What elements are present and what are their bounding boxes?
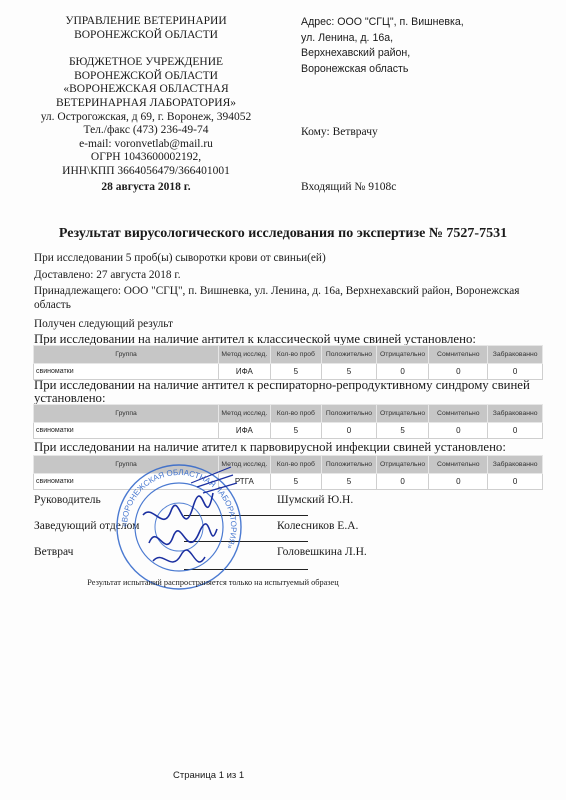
cell-doubtful: 0	[429, 423, 488, 439]
recipient-address: Адрес: ООО "СГЦ", п. Вишневка, ул. Ленин…	[301, 15, 464, 77]
org-line: ВОРОНЕЖСКОЙ ОБЛАСТИ	[26, 70, 266, 84]
intro-result: Получен следующий результ	[34, 318, 544, 332]
col-negative: Отрицательно	[376, 456, 429, 474]
col-positive: Положительно	[322, 405, 377, 423]
table-row: свиноматки РТГА 5 5 0 0 0	[34, 474, 543, 490]
address-line: Воронежская область	[301, 62, 464, 78]
intro-delivered: Доставлено: 27 августа 2018 г.	[34, 269, 544, 283]
col-positive: Положительно	[322, 346, 377, 364]
cell-doubtful: 0	[429, 474, 488, 490]
results-table: Группа Метод исслед. Кол-во проб Положит…	[33, 345, 543, 380]
address-line: Верхнехавский район,	[301, 46, 464, 62]
col-group: Группа	[34, 456, 219, 474]
recipient-to: Кому: Ветврачу	[301, 126, 378, 138]
cell-negative: 5	[376, 423, 429, 439]
results-table: Группа Метод исслед. Кол-во проб Положит…	[33, 455, 543, 490]
signature-line	[184, 515, 308, 516]
cell-rejected: 0	[488, 474, 543, 490]
table-header-row: Группа Метод исслед. Кол-во проб Положит…	[34, 405, 543, 423]
intro-owner: Принадлежащего: ООО "СГЦ", п. Вишневка, …	[34, 285, 544, 312]
col-doubtful: Сомнительно	[429, 405, 488, 423]
org-line: ВОРОНЕЖСКОЙ ОБЛАСТИ	[26, 29, 266, 43]
cell-positive: 0	[322, 423, 377, 439]
col-count: Кол-во проб	[270, 346, 322, 364]
signature-name: Головешкина Л.Н.	[277, 546, 367, 558]
col-negative: Отрицательно	[376, 346, 429, 364]
document-date: 28 августа 2018 г.	[26, 181, 266, 193]
col-doubtful: Сомнительно	[429, 456, 488, 474]
document-title: Результат вирусологического исследования…	[0, 226, 566, 242]
disclaimer: Результат испытаний распространяется тол…	[0, 578, 426, 587]
signature-name: Колесников Е.А.	[277, 520, 358, 532]
signature-role: Ветврач	[34, 546, 73, 558]
table-header-row: Группа Метод исслед. Кол-во проб Положит…	[34, 456, 543, 474]
lab-ogrn: ОГРН 1043600002192,	[26, 151, 266, 165]
results-table: Группа Метод исслед. Кол-во проб Положит…	[33, 404, 543, 439]
col-method: Метод исслед.	[219, 346, 271, 364]
table-row: свиноматки ИФА 5 0 5 0 0	[34, 423, 543, 439]
signature-line	[184, 541, 308, 542]
page-number: Страница 1 из 1	[173, 770, 244, 781]
org-line: «ВОРОНЕЖСКАЯ ОБЛАСТНАЯ	[26, 83, 266, 97]
cell-method: ИФА	[219, 423, 271, 439]
cell-positive: 5	[322, 474, 377, 490]
incoming-number: Входящий № 9108с	[301, 181, 396, 193]
col-rejected: Забракованно	[488, 405, 543, 423]
cell-count: 5	[270, 423, 322, 439]
org-line: БЮДЖЕТНОЕ УЧРЕЖДЕНИЕ	[26, 56, 266, 70]
col-method: Метод исслед.	[219, 405, 271, 423]
signature-line	[184, 569, 308, 570]
col-negative: Отрицательно	[376, 405, 429, 423]
lab-header: УПРАВЛЕНИЕ ВЕТЕРИНАРИИ ВОРОНЕЖСКОЙ ОБЛАС…	[26, 15, 266, 179]
col-rejected: Забракованно	[488, 346, 543, 364]
section-caption: При исследовании на наличие атител к пар…	[34, 441, 544, 454]
cell-negative: 0	[376, 474, 429, 490]
org-line: УПРАВЛЕНИЕ ВЕТЕРИНАРИИ	[26, 15, 266, 29]
col-group: Группа	[34, 405, 219, 423]
lab-email: e-mail: voronvetlab@mail.ru	[26, 138, 266, 152]
cell-rejected: 0	[488, 423, 543, 439]
lab-phone: Тел./факс (473) 236-49-74	[26, 124, 266, 138]
address-line: Адрес: ООО "СГЦ", п. Вишневка,	[301, 15, 464, 31]
col-method: Метод исслед.	[219, 456, 271, 474]
lab-street: ул. Острогожская, д 69, г. Воронеж, 3940…	[26, 111, 266, 125]
signature-name: Шумский Ю.Н.	[277, 494, 353, 506]
section-caption: При исследовании на наличие антител к ре…	[34, 379, 544, 405]
lab-inn: ИНН\КПП 3664056479/366401001	[26, 165, 266, 179]
cell-group: свиноматки	[34, 423, 219, 439]
org-line: ВЕТЕРИНАРНАЯ ЛАБОРАТОРИЯ»	[26, 97, 266, 111]
address-line: ул. Ленина, д. 16а,	[301, 31, 464, 47]
intro-samples: При исследовании 5 проб(ы) сыворотки кро…	[34, 252, 544, 266]
signature-role: Руководитель	[34, 494, 101, 506]
col-doubtful: Сомнительно	[429, 346, 488, 364]
col-count: Кол-во проб	[270, 456, 322, 474]
col-count: Кол-во проб	[270, 405, 322, 423]
col-group: Группа	[34, 346, 219, 364]
cell-method: РТГА	[219, 474, 271, 490]
cell-group: свиноматки	[34, 474, 219, 490]
col-positive: Положительно	[322, 456, 377, 474]
signature-role: Заведующий отделом	[34, 520, 139, 532]
col-rejected: Забракованно	[488, 456, 543, 474]
table-header-row: Группа Метод исслед. Кол-во проб Положит…	[34, 346, 543, 364]
cell-count: 5	[270, 474, 322, 490]
